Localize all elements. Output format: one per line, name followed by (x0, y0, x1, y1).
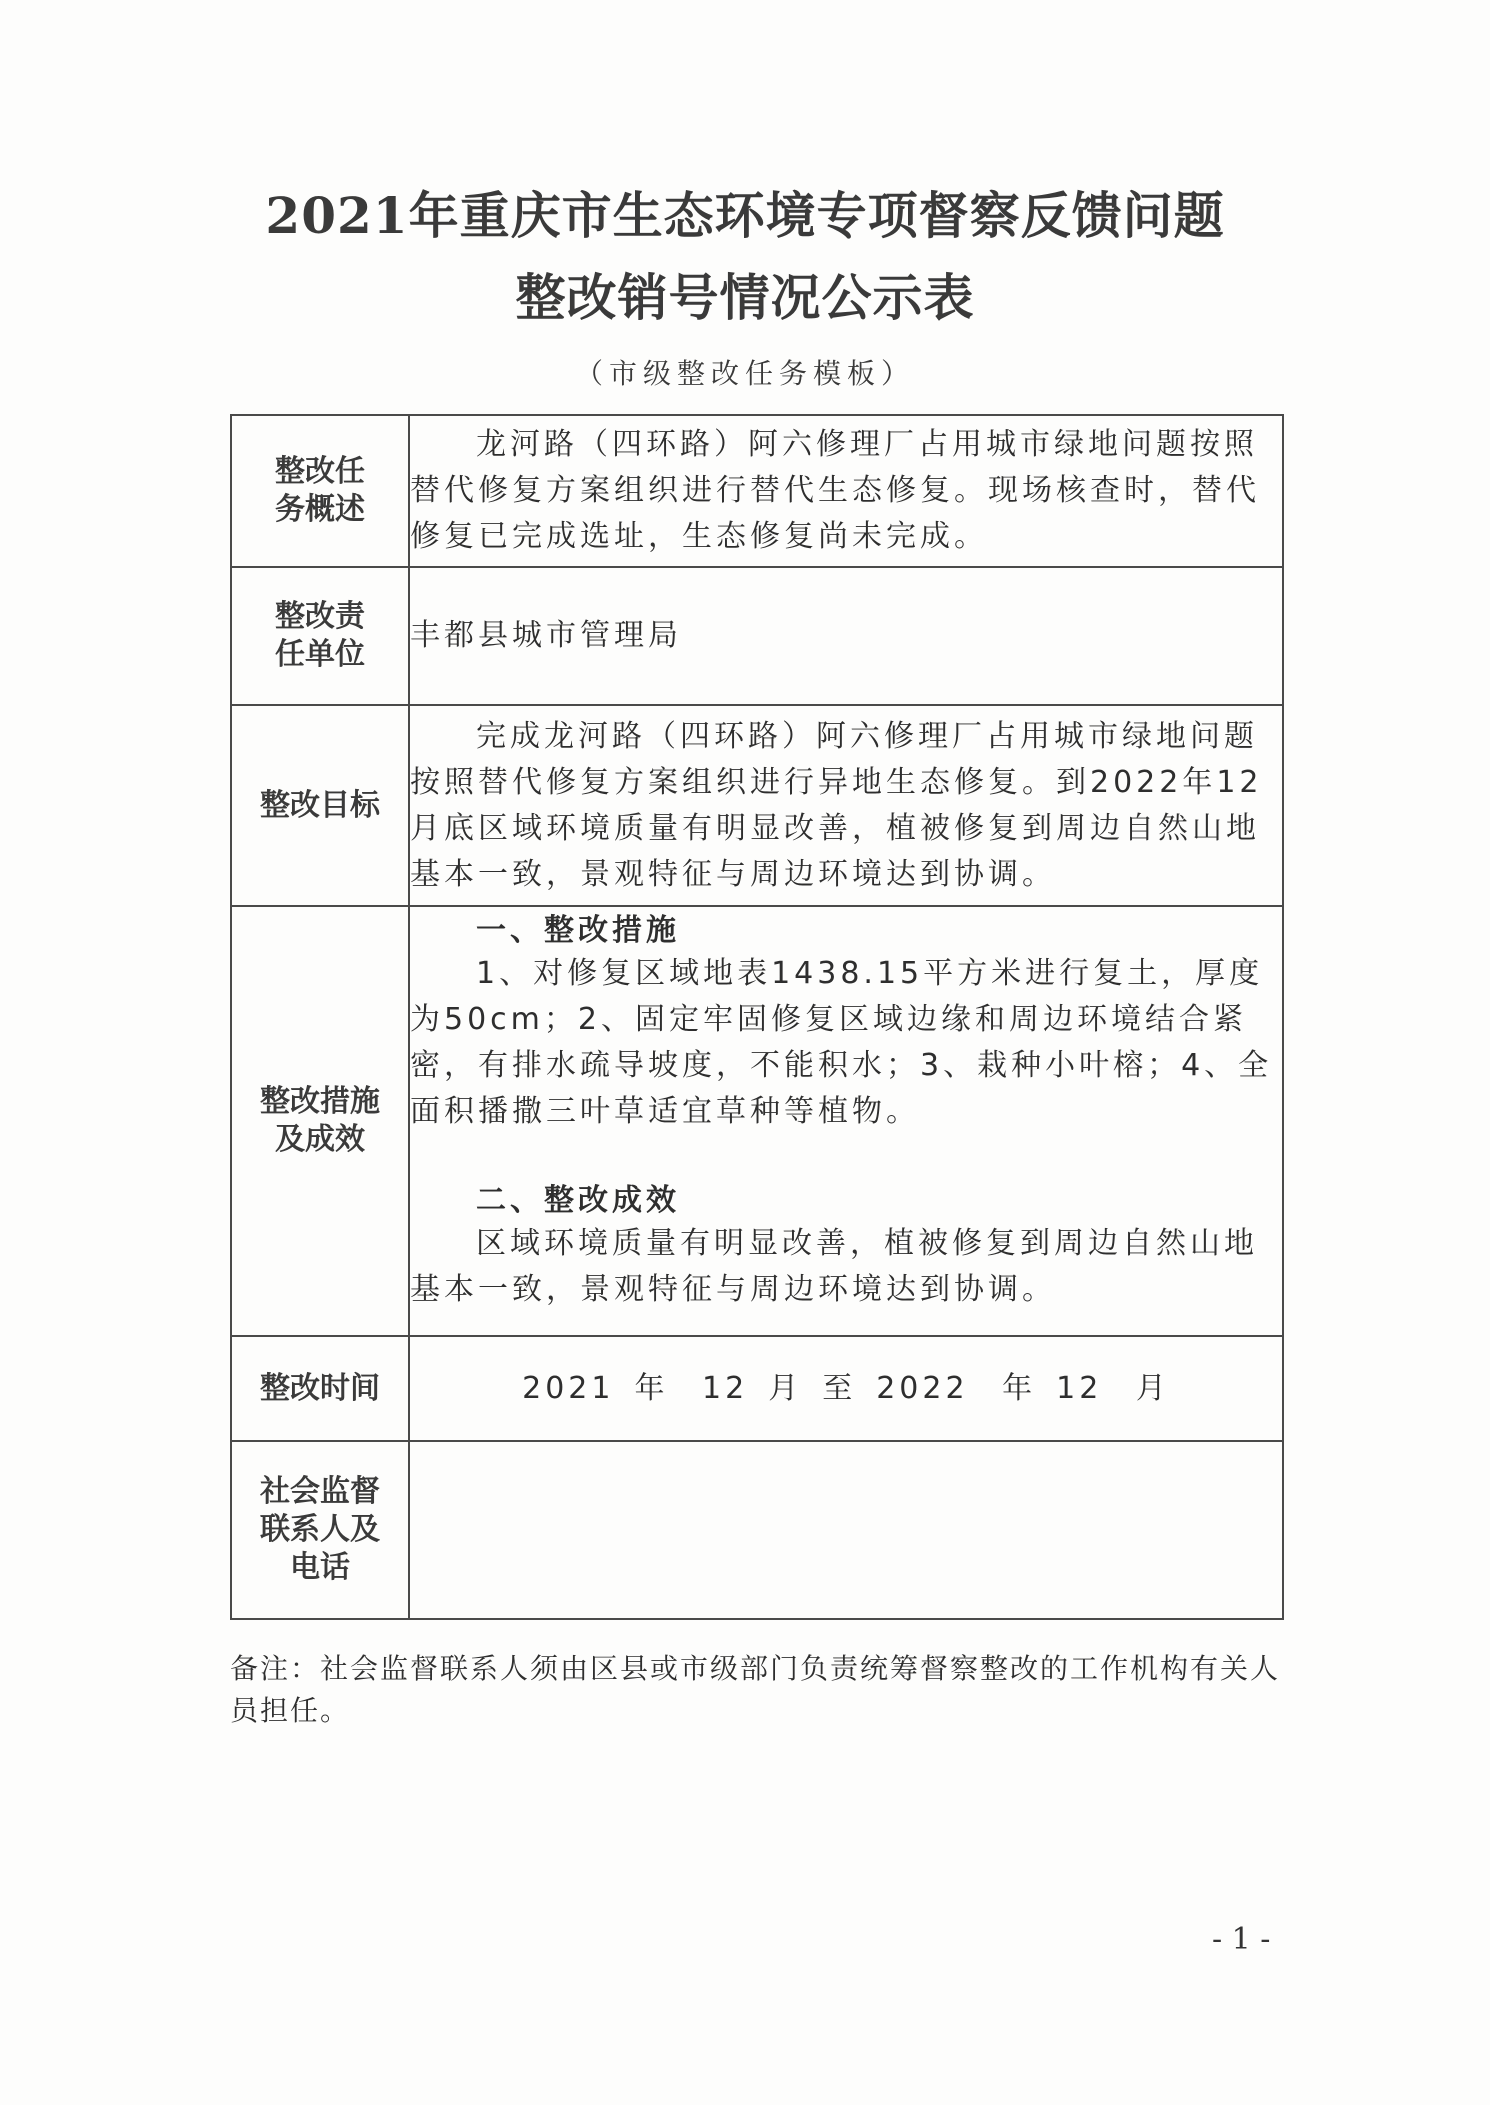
year-unit: 年 (1002, 1371, 1036, 1406)
label-line: 任单位 (232, 636, 408, 674)
label-line: 电话 (232, 1549, 408, 1587)
row-label-task-summary: 整改任 务概述 (231, 415, 409, 567)
start-month: 12 (702, 1371, 748, 1406)
contact-value (409, 1441, 1283, 1619)
label-line: 联系人及 (232, 1511, 408, 1549)
table-row-time: 整改时间 2021年 12月至2022 年12 月 (231, 1336, 1283, 1441)
label-line: 及成效 (232, 1121, 408, 1159)
results-text: 区域环境质量有明显改善，植被修复到周边自然山地基本一致，景观特征与周边环境达到协… (410, 1221, 1282, 1313)
label-line: 整改措施 (232, 1083, 408, 1121)
end-year: 2022 (876, 1371, 968, 1406)
rectification-table: 整改任 务概述 龙河路（四环路）阿六修理厂占用城市绿地问题按照替代修复方案组织进… (230, 414, 1284, 1620)
label-line: 社会监督 (232, 1473, 408, 1511)
month-unit: 月 (768, 1371, 802, 1406)
table-row-contact: 社会监督 联系人及 电话 (231, 1441, 1283, 1619)
rectification-period: 2021年 12月至2022 年12 月 (409, 1336, 1283, 1441)
end-month: 12 (1056, 1371, 1102, 1406)
start-year: 2021 (522, 1371, 614, 1406)
table-row-task-summary: 整改任 务概述 龙河路（四环路）阿六修理厂占用城市绿地问题按照替代修复方案组织进… (231, 415, 1283, 567)
measures-heading: 一、整改措施 (410, 911, 1282, 951)
label-line: 务概述 (232, 491, 408, 529)
row-label-contact: 社会监督 联系人及 电话 (231, 1441, 409, 1619)
table-row-responsible-unit: 整改责 任单位 丰都县城市管理局 (231, 567, 1283, 705)
row-label-time: 整改时间 (231, 1336, 409, 1441)
label-line: 整改责 (232, 598, 408, 636)
label-line: 整改时间 (232, 1370, 408, 1408)
table-row-goal: 整改目标 完成龙河路（四环路）阿六修理厂占用城市绿地问题按照替代修复方案组织进行… (231, 705, 1283, 906)
row-label-measures-results: 整改措施 及成效 (231, 906, 409, 1336)
document-subtitle: （市级整改任务模板） (0, 352, 1490, 392)
measures-results-content: 一、整改措施 1、对修复区域地表1438.15平方米进行复土，厚度为50cm；2… (409, 906, 1283, 1336)
footnote: 备注：社会监督联系人须由区县或市级部门负责统筹督察整改的工作机构有关人员担任。 (230, 1648, 1290, 1732)
document-title-line2: 整改销号情况公示表 (0, 268, 1490, 328)
goal-text: 完成龙河路（四环路）阿六修理厂占用城市绿地问题按照替代修复方案组织进行异地生态修… (409, 705, 1283, 906)
measures-text: 1、对修复区域地表1438.15平方米进行复土，厚度为50cm；2、固定牢固修复… (410, 951, 1282, 1135)
label-line: 整改目标 (232, 787, 408, 825)
row-label-goal: 整改目标 (231, 705, 409, 906)
task-summary-text: 龙河路（四环路）阿六修理厂占用城市绿地问题按照替代修复方案组织进行替代生态修复。… (409, 415, 1283, 567)
section-spacer (410, 1135, 1282, 1181)
page-number: - 1 - (1212, 1922, 1270, 1957)
results-heading: 二、整改成效 (410, 1181, 1282, 1221)
label-line: 整改任 (232, 453, 408, 491)
table-row-measures-results: 整改措施 及成效 一、整改措施 1、对修复区域地表1438.15平方米进行复土，… (231, 906, 1283, 1336)
responsible-unit-text: 丰都县城市管理局 (409, 567, 1283, 705)
year-unit: 年 (634, 1371, 668, 1406)
row-label-responsible-unit: 整改责 任单位 (231, 567, 409, 705)
month-unit: 月 (1136, 1371, 1170, 1406)
to-word: 至 (822, 1371, 856, 1406)
document-title-line1: 2021年重庆市生态环境专项督察反馈问题 (0, 186, 1490, 246)
